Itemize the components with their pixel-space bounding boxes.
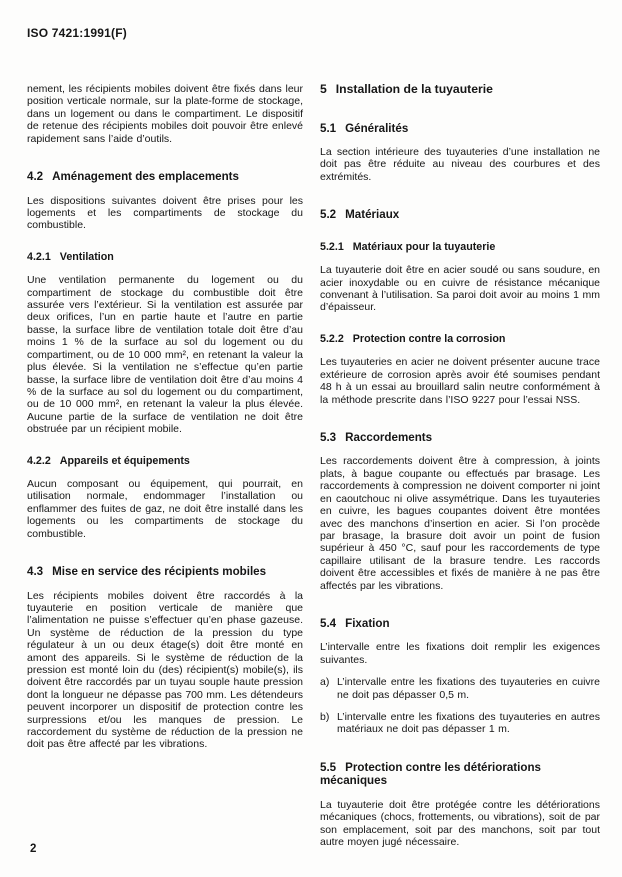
paragraph: Aucun composant ou équipement, qui pourr… xyxy=(27,478,303,540)
section-heading: 5.4Fixation xyxy=(320,617,600,631)
paragraph: La section intérieure des tuyauteries d’… xyxy=(320,146,600,183)
heading-title: Installation de la tuyauterie xyxy=(336,82,493,96)
list-item: b)L’intervalle entre les fixations des t… xyxy=(320,711,600,736)
right-column: 5Installation de la tuyauterie5.1Général… xyxy=(320,83,600,859)
paragraph: nement, les récipients mobiles doivent ê… xyxy=(27,83,303,145)
page-number: 2 xyxy=(30,843,36,855)
heading-number: 4.2.1 xyxy=(27,251,51,265)
section-heading: 4.3Mise en service des récipients mobile… xyxy=(27,565,303,579)
paragraph: Les récipients mobiles doivent être racc… xyxy=(27,590,303,751)
heading-title: Fixation xyxy=(345,617,389,630)
heading-title: Protection contre la corrosion xyxy=(353,333,506,345)
heading-title: Appareils et équipements xyxy=(60,455,190,467)
section-heading: 5.1Généralités xyxy=(320,122,600,136)
paragraph: Les dispositions suivantes doivent être … xyxy=(27,195,303,232)
heading-number: 4.2.2 xyxy=(27,455,51,469)
section-heading: 5.3Raccordements xyxy=(320,431,600,445)
heading-number: 5.2.1 xyxy=(320,241,344,255)
section-heading: 4.2Aménagement des emplacements xyxy=(27,170,303,184)
heading-number: 5.2.2 xyxy=(320,333,344,347)
list-item-text: L’intervalle entre les fixations des tuy… xyxy=(337,711,600,735)
list-item-marker: a) xyxy=(320,676,329,688)
paragraph: Les tuyauteries en acier ne doivent prés… xyxy=(320,356,600,406)
heading-number: 4.2 xyxy=(27,170,43,184)
heading-number: 5 xyxy=(320,83,327,97)
page-content: nement, les récipients mobiles doivent ê… xyxy=(27,83,600,859)
heading-title: Mise en service des récipients mobiles xyxy=(52,565,266,578)
heading-number: 4.3 xyxy=(27,565,43,579)
list-item: a)L’intervalle entre les fixations des t… xyxy=(320,676,600,701)
list-item-marker: b) xyxy=(320,711,329,723)
document-page: ISO 7421:1991(F) nement, les récipients … xyxy=(0,0,622,877)
heading-number: 5.4 xyxy=(320,617,336,631)
paragraph: La tuyauterie doit être protégée contre … xyxy=(320,799,600,849)
paragraph: L’intervalle entre les fixations doit re… xyxy=(320,641,600,666)
section-heading: 5.5Protection contre les détériorations … xyxy=(320,761,600,788)
heading-number: 5.2 xyxy=(320,208,336,222)
section-heading: 4.2.1Ventilation xyxy=(27,251,303,265)
heading-title: Protection contre les détériorations méc… xyxy=(320,761,541,788)
section-heading: 5.2.1Matériaux pour la tuyauterie xyxy=(320,241,600,255)
left-column: nement, les récipients mobiles doivent ê… xyxy=(27,83,303,761)
section-heading: 5.2.2Protection contre la corrosion xyxy=(320,333,600,347)
heading-number: 5.5 xyxy=(320,761,336,775)
paragraph: Les raccordements doivent être à compres… xyxy=(320,455,600,591)
heading-title: Raccordements xyxy=(345,431,432,444)
heading-title: Matériaux xyxy=(345,208,399,221)
heading-title: Généralités xyxy=(345,122,408,135)
document-reference: ISO 7421:1991(F) xyxy=(27,26,600,40)
list-item-text: L’intervalle entre les fixations des tuy… xyxy=(337,676,600,700)
heading-title: Aménagement des emplacements xyxy=(52,170,239,183)
section-heading: 5Installation de la tuyauterie xyxy=(320,83,600,97)
heading-number: 5.3 xyxy=(320,431,336,445)
section-heading: 4.2.2Appareils et équipements xyxy=(27,455,303,469)
heading-number: 5.1 xyxy=(320,122,336,136)
heading-title: Matériaux pour la tuyauterie xyxy=(353,241,496,253)
paragraph: Une ventilation permanente du logement o… xyxy=(27,274,303,435)
heading-title: Ventilation xyxy=(60,251,114,263)
section-heading: 5.2Matériaux xyxy=(320,208,600,222)
paragraph: La tuyauterie doit être en acier soudé o… xyxy=(320,264,600,314)
